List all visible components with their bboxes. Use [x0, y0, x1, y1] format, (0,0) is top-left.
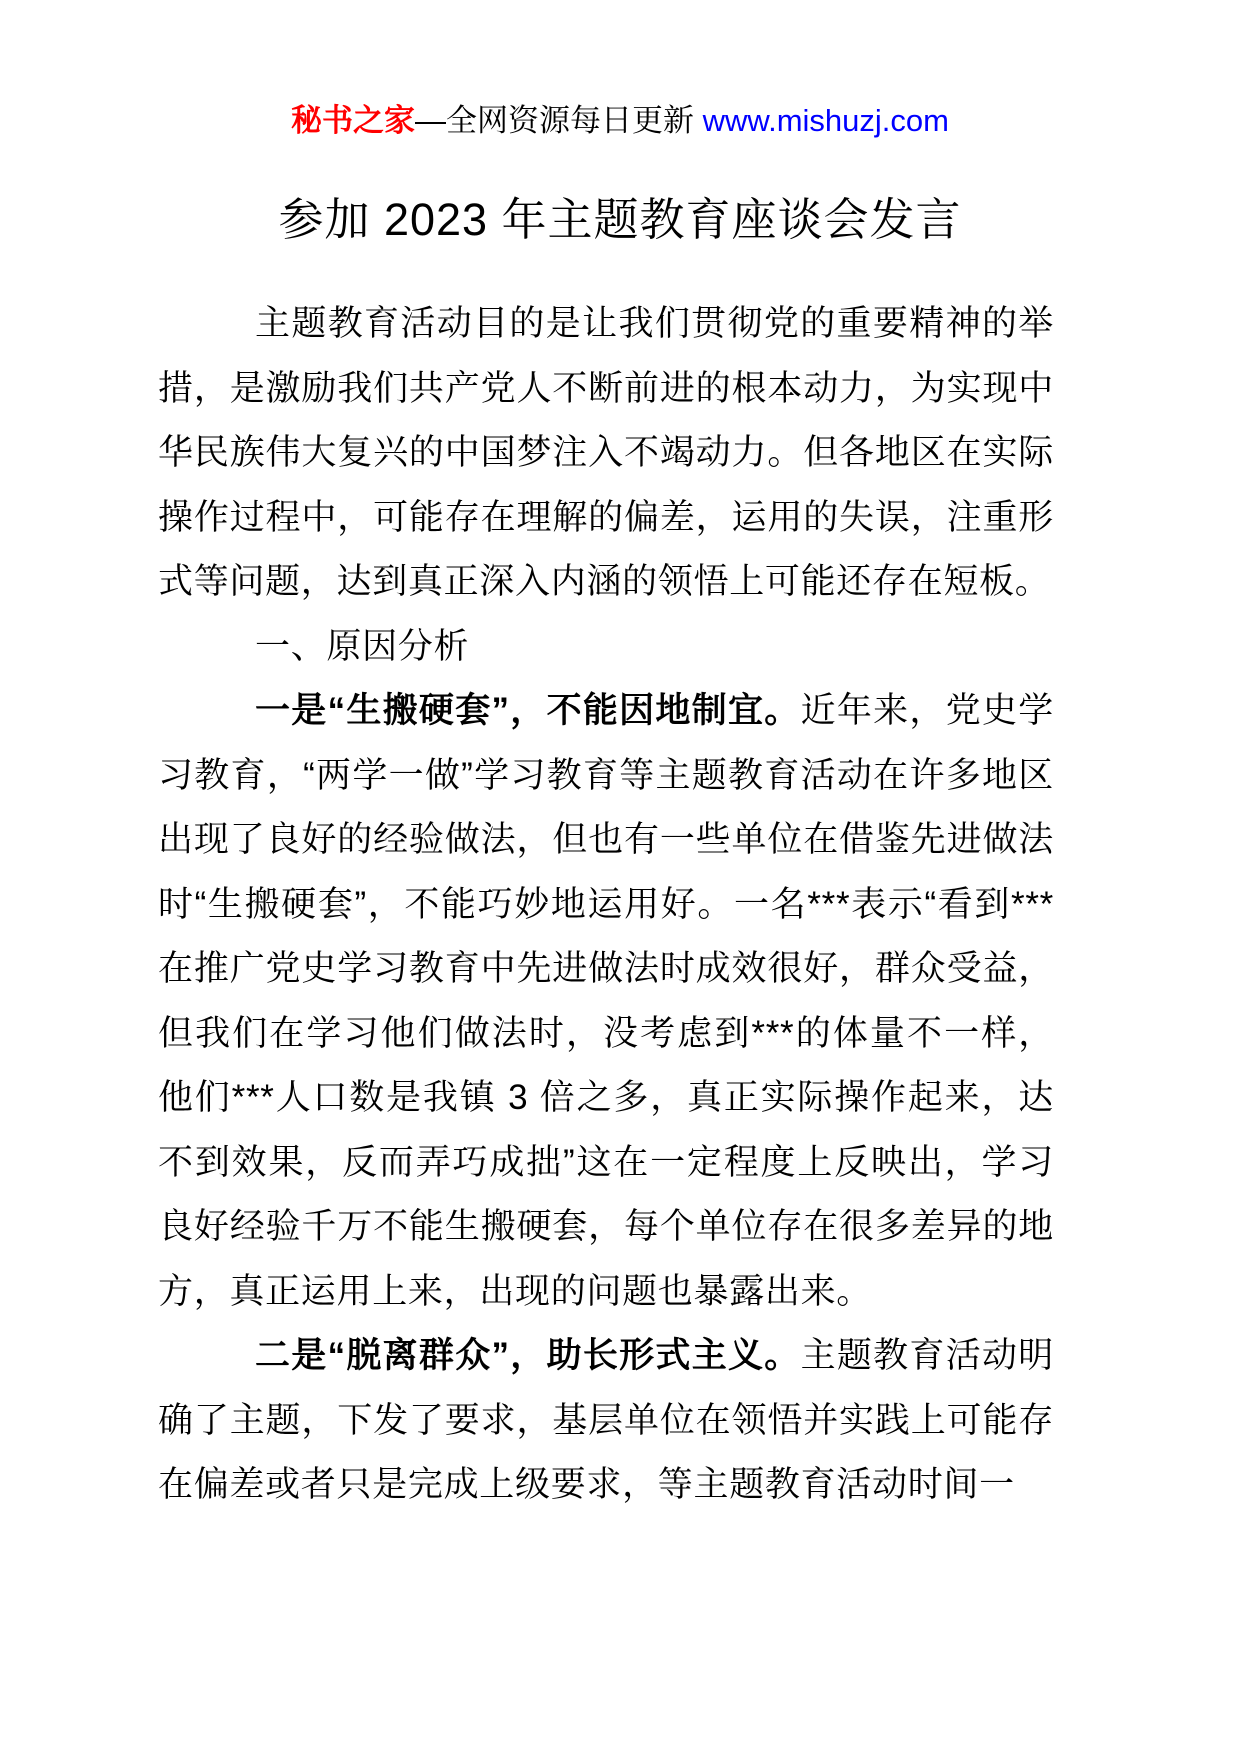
site-header: 秘书之家—全网资源每日更新 www.mishuzj.com — [0, 0, 1240, 142]
text-run: 近年来，党史学习教育，“两学一做”学习教育等主题教育活动在许多地区出现了良好的经… — [158, 691, 1054, 1311]
paragraph-point-two: 二是“脱离群众”，助长形式主义。主题教育活动明确了主题，下发了要求，基层单位在领… — [158, 1324, 1054, 1518]
document-page: 秘书之家—全网资源每日更新 www.mishuzj.com 参加 2023 年主… — [0, 0, 1240, 1754]
text-run: 主题教育活动目的是让我们贯彻党的重要精神的举措，是激励我们共产党人不断前进的根本… — [158, 304, 1054, 601]
section-heading: 一、原因分析 — [158, 615, 1054, 680]
site-tagline: —全网资源每日更新 — [415, 103, 703, 138]
paragraph-point-one: 一是“生搬硬套”，不能因地制宜。近年来，党史学习教育，“两学一做”学习教育等主题… — [158, 679, 1054, 1324]
text-run: 一、原因分析 — [255, 627, 469, 666]
bold-lead-run: 一是“生搬硬套”，不能因地制宜。 — [255, 691, 801, 730]
bold-lead-run: 二是“脱离群众”，助长形式主义。 — [255, 1336, 801, 1375]
site-name: 秘书之家 — [291, 103, 415, 138]
document-body: 主题教育活动目的是让我们贯彻党的重要精神的举措，是激励我们共产党人不断前进的根本… — [0, 292, 1240, 1518]
document-title: 参加 2023 年主题教育座谈会发言 — [0, 186, 1240, 254]
site-url-link[interactable]: www.mishuzj.com — [703, 103, 949, 138]
paragraph-intro: 主题教育活动目的是让我们贯彻党的重要精神的举措，是激励我们共产党人不断前进的根本… — [158, 292, 1054, 615]
